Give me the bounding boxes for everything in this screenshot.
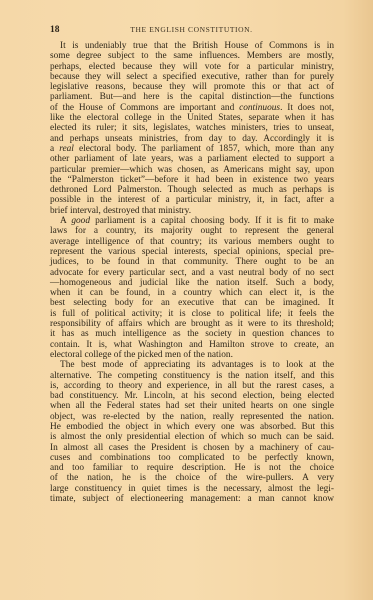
text-line: In almost all cases the President is cho… [50, 443, 334, 453]
text-line: responsibility of affairs which are brou… [50, 319, 334, 329]
text-line: when it can be found, in a country which… [50, 288, 334, 298]
text-line: perhaps, elected because they will vote … [50, 62, 334, 72]
text-line: It is undeniably true that the British H… [50, 41, 334, 51]
text-line: advocate for every particular sect, and … [50, 268, 334, 278]
text-line: brief interval, destroyed that ministry. [50, 206, 334, 216]
text-line: the “Palmerston ticket”—before it had be… [50, 175, 334, 185]
text-line: parliament. But—and here is the capital … [50, 92, 334, 102]
text-line: possible in the interest of a particular… [50, 195, 334, 205]
text-line: of the House of Commons are important an… [50, 103, 334, 113]
text-line: is full of political activity; it is clo… [50, 309, 334, 319]
text-line: and too familiar to require description.… [50, 463, 334, 473]
text-line: and perhaps unseats ministries, from day… [50, 134, 334, 144]
running-title: THE ENGLISH CONSTITUTION. [50, 24, 333, 36]
text-line: The best mode of appreciating its advant… [50, 360, 334, 370]
emphasis: real [59, 144, 74, 154]
text-line: electoral college of the picked men of t… [50, 350, 334, 360]
text-line: judices, to be found in that community. … [50, 257, 334, 267]
text-line: elected its ruler; it sits, legislates, … [50, 123, 334, 133]
text-line: it has as much intelligence as the socie… [50, 329, 334, 339]
text-line: best selecting body for an executive tha… [50, 298, 334, 308]
text-line: represent the various special interests,… [50, 247, 334, 257]
text-line: laws for a country, its majority ought t… [50, 226, 334, 236]
text-line: bad constituency. Mr. Lincoln, at his se… [50, 391, 334, 401]
text-line: a real electoral body. The parliament of… [50, 144, 334, 154]
text-line: alternative. The competing constituency … [50, 371, 334, 381]
text-line: some degree subject to the same influenc… [50, 51, 334, 61]
text-line: A good parliament is a capital choosing … [50, 216, 334, 226]
text-line: contain. It is, what Washington and Hami… [50, 340, 334, 350]
text-line: cuses and combinations too complicated t… [50, 453, 334, 463]
emphasis: continuous [239, 103, 280, 113]
text-line: object, was re-elected by the nation, re… [50, 412, 334, 422]
text-line: other parliament of late years, was a pa… [50, 154, 334, 164]
text-line: of the nation, he is the choice of the w… [50, 473, 334, 483]
text-line: average intelligence of that country; it… [50, 237, 334, 247]
book-page: 18 THE ENGLISH CONSTITUTION. It is unden… [0, 0, 373, 600]
text-line: is, according to theory and experience, … [50, 381, 334, 391]
text-line: timate, subject of electioneering manage… [50, 494, 334, 504]
text-line: He embodied the object in which every on… [50, 422, 334, 432]
text-line: like the electoral college in the United… [50, 113, 334, 123]
text-line: —homogeneous and judicial like the natio… [50, 278, 334, 288]
text-line: is almost the only presidential election… [50, 432, 334, 442]
body-text: It is undeniably true that the British H… [50, 41, 334, 504]
text-line: legislative reasons, because they will p… [50, 82, 334, 92]
text-line: large constituency in quiet times is the… [50, 484, 334, 494]
text-line: because they will select a specified exe… [50, 72, 334, 82]
text-line: dethroned Lord Palmerston. Though select… [50, 185, 334, 195]
text-line: particular premier—which was chosen, as … [50, 165, 334, 175]
emphasis: good [71, 216, 90, 226]
text-line: when all the Federal states had set thei… [50, 401, 334, 411]
page-header: 18 THE ENGLISH CONSTITUTION. [50, 24, 333, 36]
